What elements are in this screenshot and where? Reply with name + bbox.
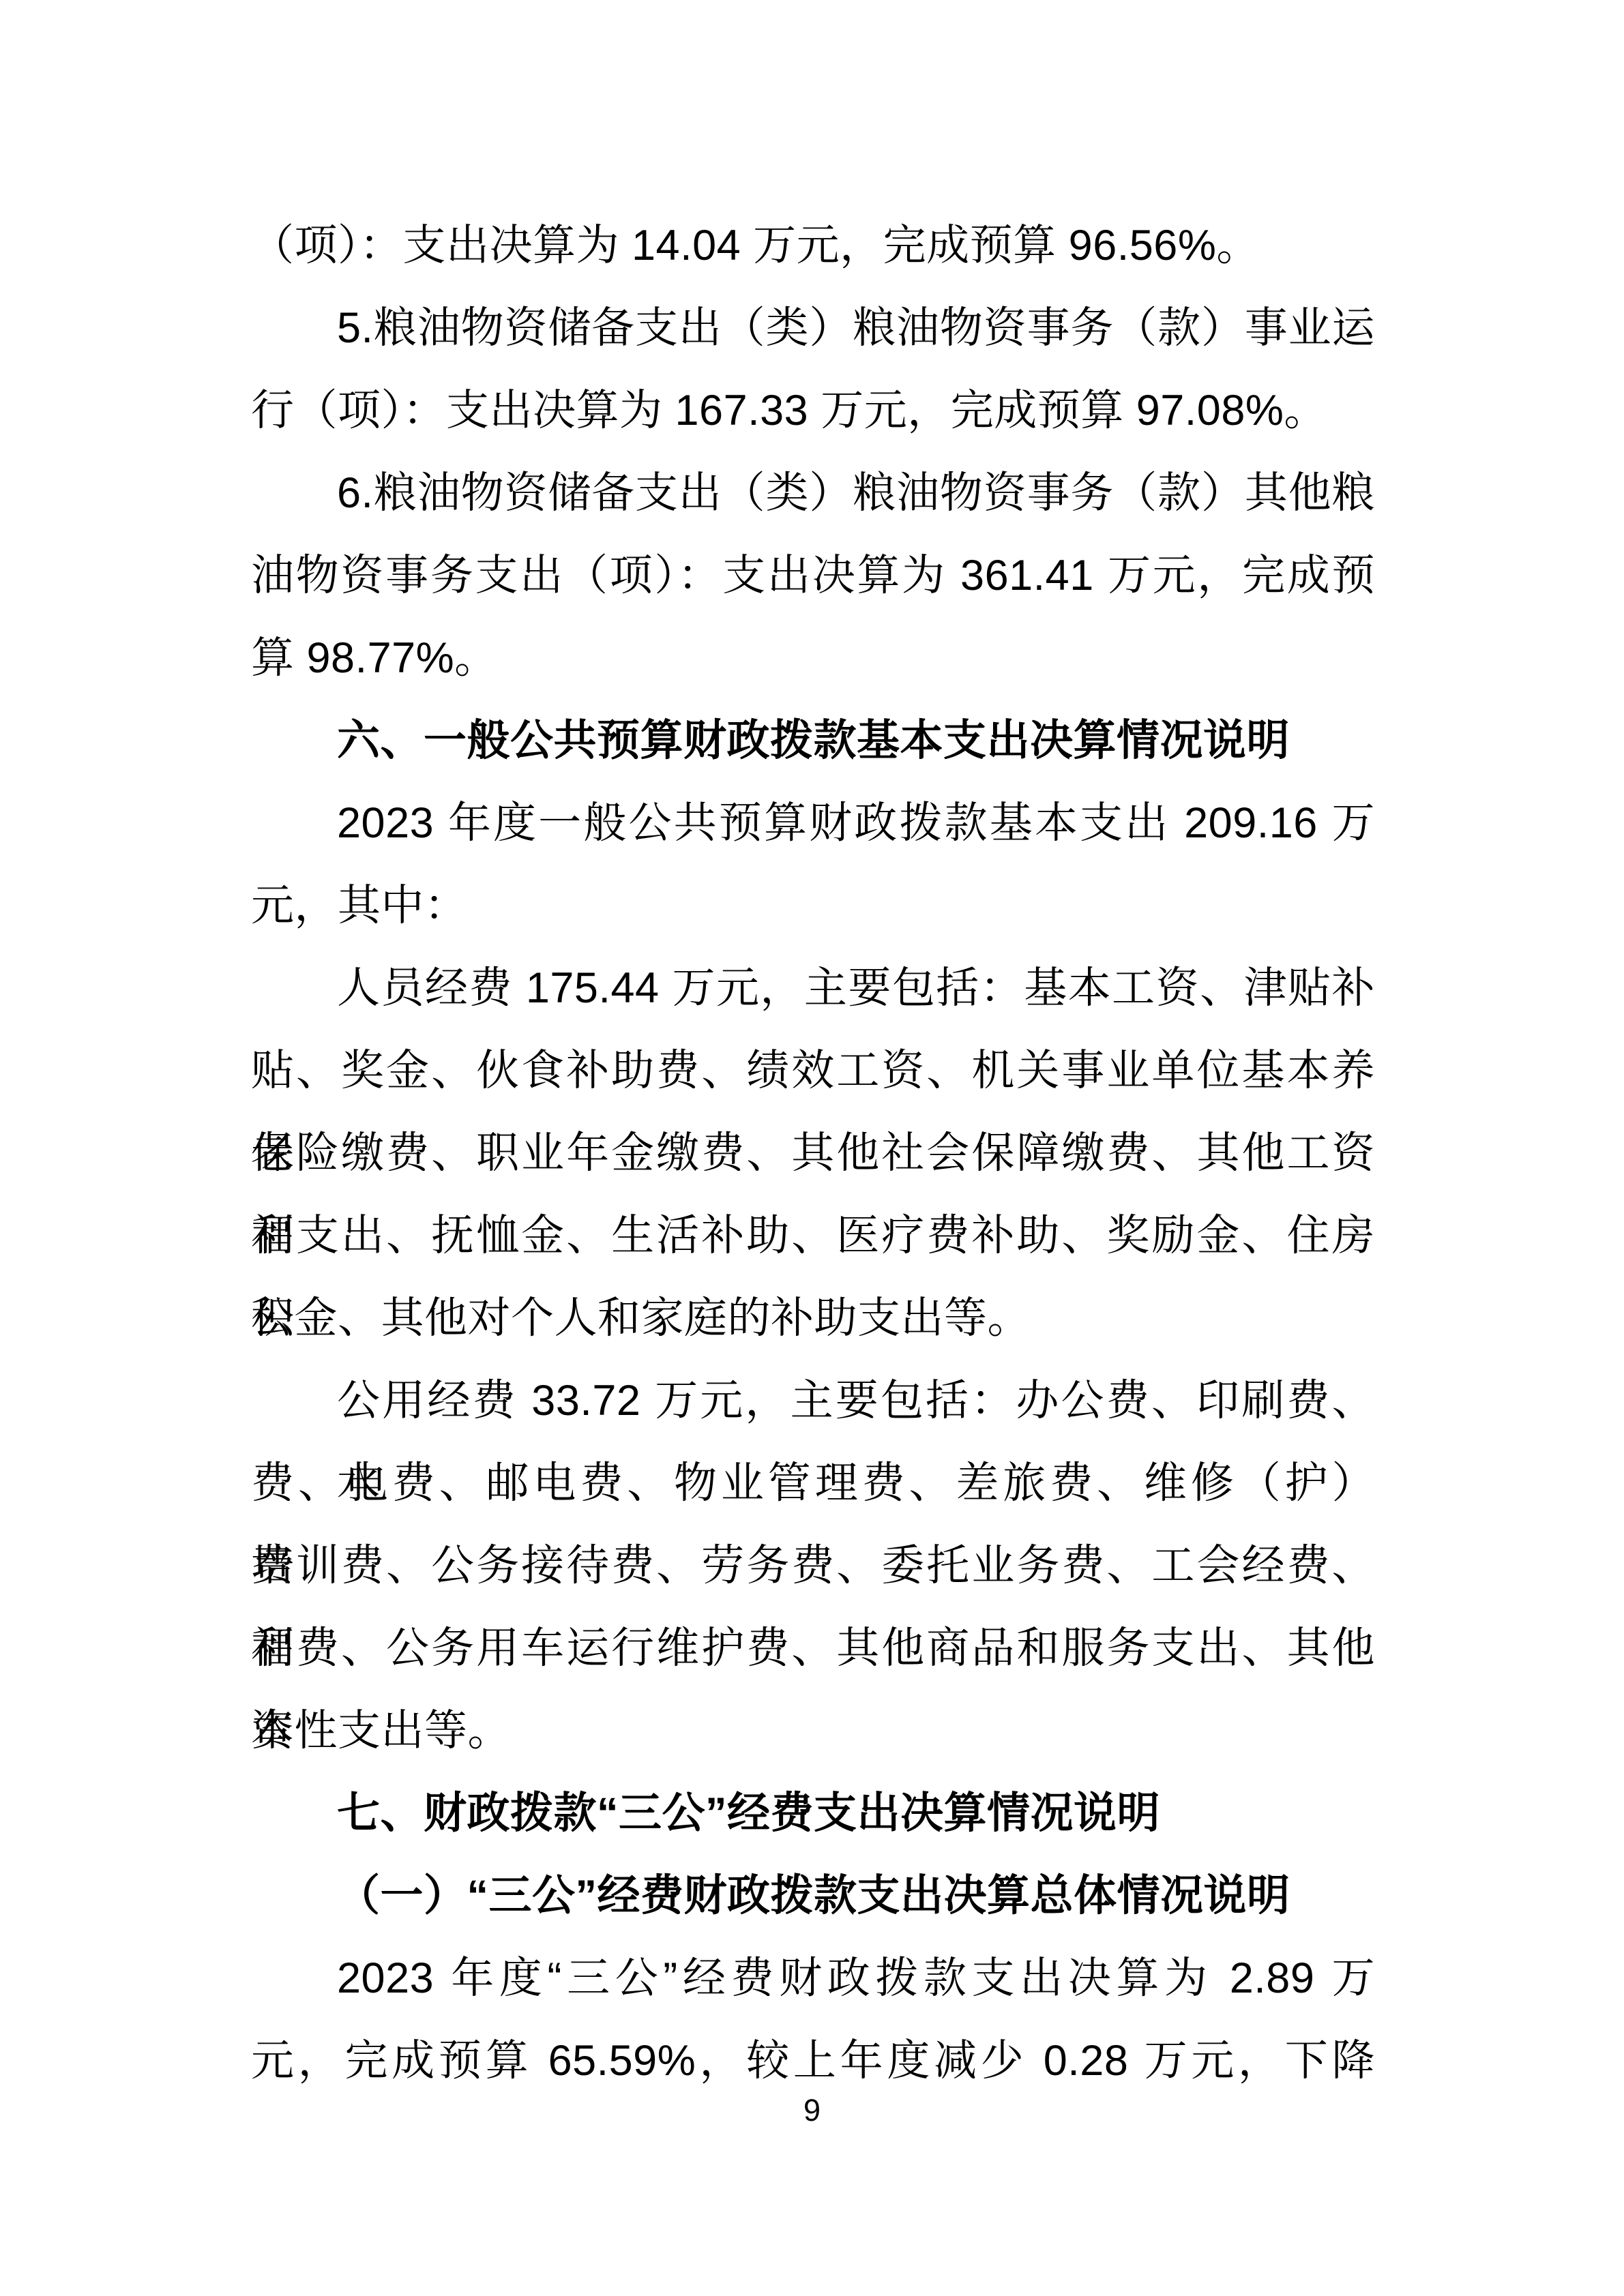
text-line: 行（项）：支出决算为 167.33 万元，完成预算 97.08%。 [251, 370, 1375, 452]
text-line: 七、财政拨款“三公”经费支出决算情况说明 [251, 1772, 1375, 1855]
text-line: （项）：支出决算为 14.04 万元，完成预算 96.56%。 [251, 205, 1375, 287]
page-number: 9 [0, 2095, 1624, 2126]
text-line: 油物资事务支出（项）：支出决算为 361.41 万元，完成预 [251, 535, 1375, 617]
text-line: 贴、奖金、伙食补助费、绩效工资、机关事业单位基本养老 [251, 1030, 1375, 1112]
text-line: 本性支出等。 [251, 1690, 1375, 1772]
text-line: （一）“三公”经费财政拨款支出决算总体情况说明 [251, 1855, 1375, 1937]
document-page: （项）：支出决算为 14.04 万元，完成预算 96.56%。5.粮油物资储备支… [0, 0, 1624, 2296]
text-line: 利费、公务用车运行维护费、其他商品和服务支出、其他资 [251, 1607, 1375, 1690]
text-line: 元，其中： [251, 865, 1375, 947]
text-line: 利支出、抚恤金、生活补助、医疗费补助、奖励金、住房公 [251, 1195, 1375, 1277]
document-lines: （项）：支出决算为 14.04 万元，完成预算 96.56%。5.粮油物资储备支… [251, 205, 1375, 2102]
text-line: 保险缴费、职业年金缴费、其他社会保障缴费、其他工资福 [251, 1112, 1375, 1195]
text-line: 算 98.77%。 [251, 617, 1375, 700]
text-line: 培训费、公务接待费、劳务费、委托业务费、工会经费、福 [251, 1525, 1375, 1607]
text-line: 5.粮油物资储备支出（类）粮油物资事务（款）事业运 [251, 287, 1375, 370]
text-line: 元，完成预算 65.59%，较上年度减少 0.28 万元，下降 [251, 2020, 1375, 2102]
text-line: 6.粮油物资储备支出（类）粮油物资事务（款）其他粮 [251, 452, 1375, 535]
text-line: 人员经费 175.44 万元，主要包括：基本工资、津贴补 [251, 947, 1375, 1030]
text-line: 积金、其他对个人和家庭的补助支出等。 [251, 1277, 1375, 1360]
text-line: 费、电费、邮电费、物业管理费、差旅费、维修（护）费、 [251, 1442, 1375, 1525]
text-line: 六、一般公共预算财政拨款基本支出决算情况说明 [251, 700, 1375, 782]
text-line: 2023 年度一般公共预算财政拨款基本支出 209.16 万 [251, 782, 1375, 865]
text-line: 2023 年度“三公”经费财政拨款支出决算为 2.89 万 [251, 1937, 1375, 2020]
text-line: 公用经费 33.72 万元，主要包括：办公费、印刷费、水 [251, 1360, 1375, 1442]
